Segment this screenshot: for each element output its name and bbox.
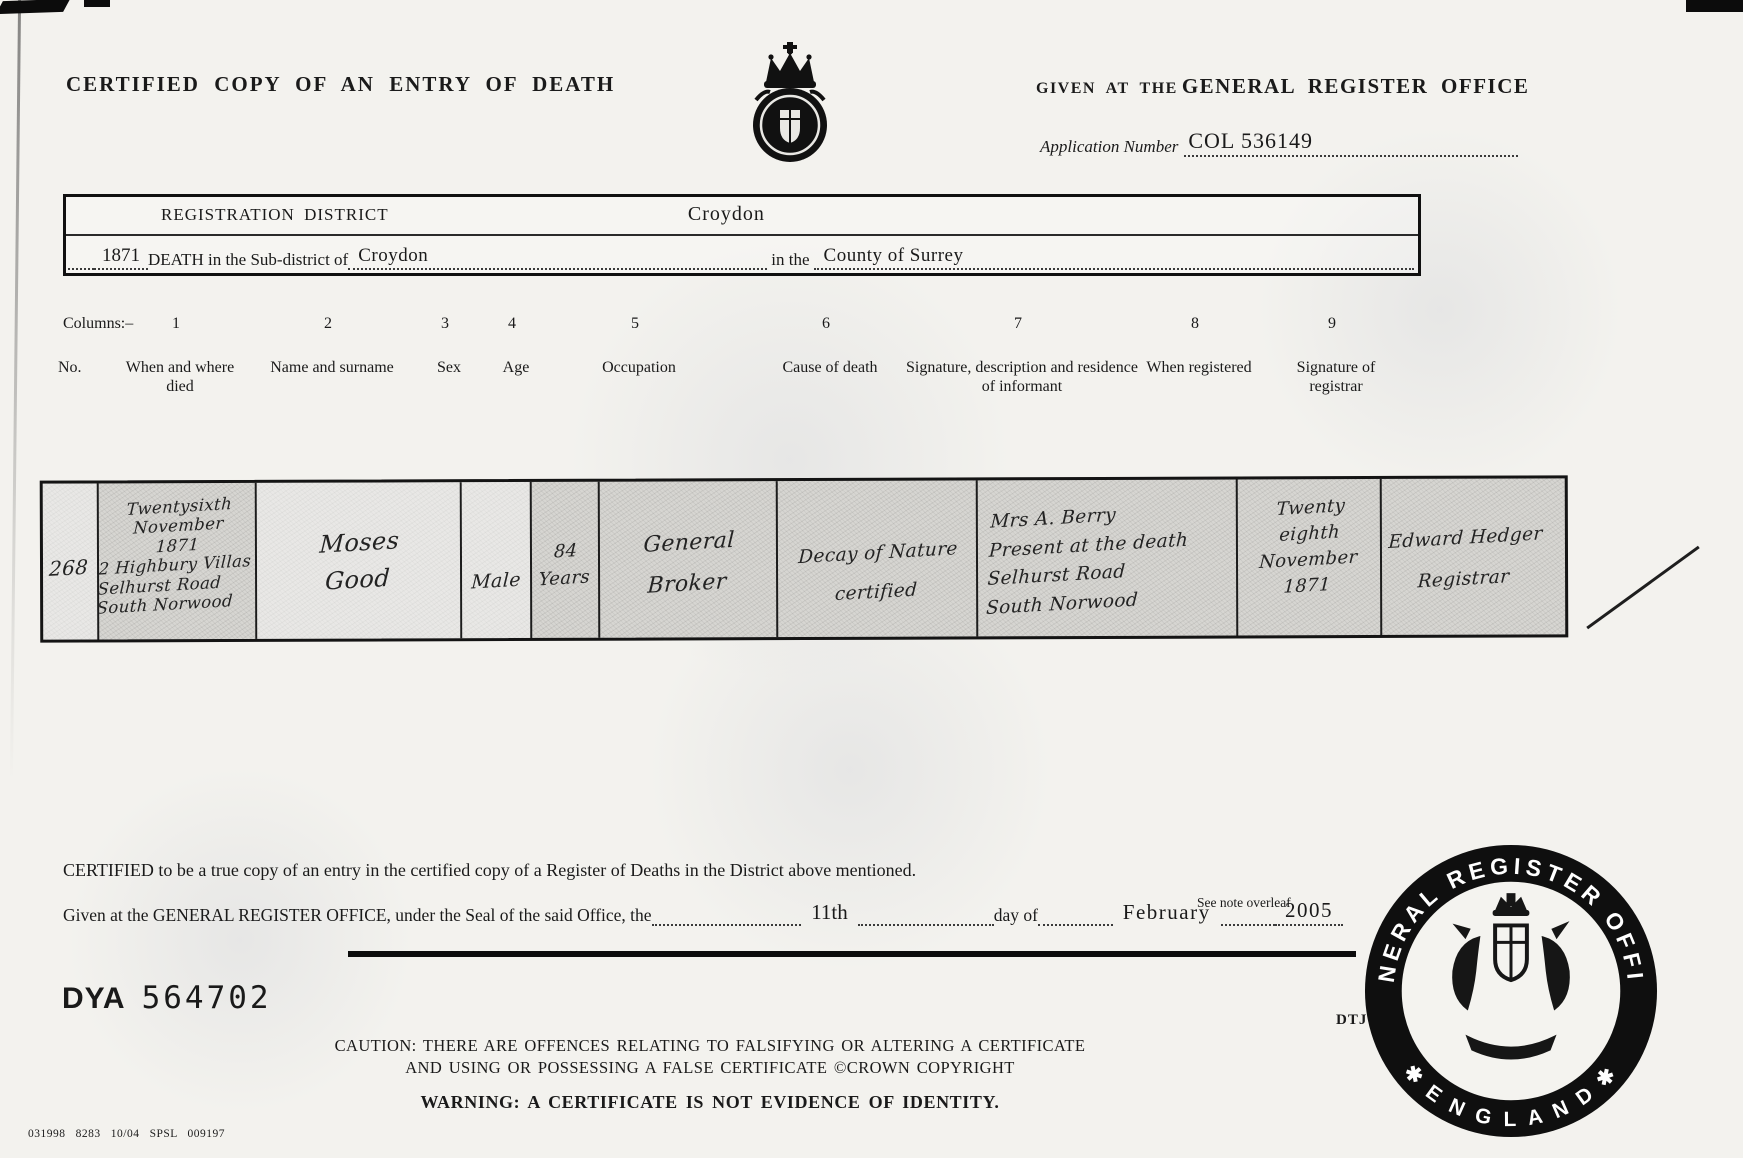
- certified-statement: CERTIFIED to be a true copy of an entry …: [63, 860, 916, 881]
- county-line: County of Surrey: [814, 245, 1414, 270]
- death-certificate-page: CERTIFIED COPY OF AN ENTRY OF DEATH GIVE…: [0, 0, 1743, 1158]
- column-number-6: 6: [822, 315, 830, 333]
- entry-age-cell: 84 Years: [532, 482, 601, 638]
- age-unit: Years: [532, 563, 598, 594]
- scan-smudge: [0, 0, 70, 14]
- column-header-name-surname: Name and surname: [232, 358, 432, 377]
- application-number-label: Application Number: [1040, 137, 1184, 157]
- age-value: 84: [532, 536, 599, 567]
- registration-district-box: REGISTRATION DISTRICT Croydon 1871 DEATH…: [63, 194, 1421, 276]
- registration-district-value: Croydon: [688, 203, 765, 226]
- column-header-sex: Sex: [419, 358, 479, 377]
- serial-number: 564702: [142, 980, 272, 1016]
- dotted-leader: [652, 898, 802, 926]
- entry-no: 268: [48, 554, 97, 581]
- application-number-line: COL 536149: [1184, 128, 1518, 157]
- column-number-9: 9: [1328, 315, 1336, 333]
- entry-no-cell: 268: [43, 483, 100, 639]
- serial-prefix: DYA: [62, 982, 126, 1016]
- caution-line-1: CAUTION: THERE ARE OFFENCES RELATING TO …: [240, 1035, 1180, 1057]
- scan-smudge: [84, 0, 110, 7]
- entry-sex-cell: Male: [462, 482, 533, 638]
- entry-cause-of-death-cell: Decay of Nature certified: [778, 480, 979, 637]
- column-header-age: Age: [486, 358, 546, 377]
- entry-informant-cell: Mrs A. Berry Present at the death Selhur…: [978, 479, 1239, 636]
- scan-edge: [10, 0, 21, 780]
- dotted-leader: [858, 898, 994, 926]
- issued-at-office: GENERAL REGISTER OFFICE: [1182, 74, 1530, 98]
- application-number-value: COL 536149: [1188, 128, 1313, 153]
- see-note-overleaf: See note overleaf: [1197, 895, 1291, 911]
- district-box-bottom-row: 1871 DEATH in the Sub-district of Croydo…: [66, 236, 1418, 273]
- royal-arms-icon: [744, 40, 836, 173]
- entry-year: 1871: [94, 245, 148, 270]
- column-number-7: 7: [1014, 315, 1022, 333]
- entry-registrar-signature-cell: Edward Hedger Registrar: [1382, 478, 1548, 635]
- watermark: [1250, 120, 1630, 500]
- gro-seal-icon: GENERAL REGISTER OFFICE ✱ E N G L A N D …: [1362, 842, 1660, 1145]
- warning-line: WARNING: A CERTIFICATE IS NOT EVIDENCE O…: [240, 1092, 1180, 1113]
- certificate-title: CERTIFIED COPY OF AN ENTRY OF DEATH: [66, 72, 615, 97]
- column-header-signature-registrar: Signature of registrar: [1276, 358, 1396, 396]
- column-header-informant: Signature, description and residence of …: [902, 358, 1142, 396]
- scan-smudge: [1686, 0, 1743, 12]
- column-number-2: 2: [324, 315, 332, 333]
- column-number-8: 8: [1191, 315, 1199, 333]
- in-the-label: in the: [767, 250, 813, 270]
- given-at-prefix: Given at the GENERAL REGISTER OFFICE, un…: [63, 905, 652, 926]
- registration-district-label: REGISTRATION DISTRICT: [161, 205, 389, 225]
- county-value: County of Surrey: [824, 245, 964, 266]
- caution-block: CAUTION: THERE ARE OFFENCES RELATING TO …: [240, 1035, 1180, 1113]
- seal-code: DTJ: [1336, 1012, 1367, 1029]
- district-box-top-row: REGISTRATION DISTRICT Croydon: [66, 197, 1418, 236]
- column-header-occupation: Occupation: [564, 358, 714, 377]
- occupation-line: Broker: [600, 559, 776, 610]
- given-at-row: Given at the GENERAL REGISTER OFFICE, un…: [63, 898, 1343, 926]
- column-number-4: 4: [508, 315, 516, 333]
- dotted-leader: [68, 236, 94, 270]
- issued-at-title: GIVEN AT THE GENERAL REGISTER OFFICE: [1036, 74, 1529, 99]
- register-entry-row: 268 Twentysixth November 1871 2 Highbury…: [40, 475, 1569, 642]
- column-header-no: No.: [58, 358, 128, 377]
- column-header-when-where-died: When and where died: [120, 358, 240, 396]
- subdistrict-prefix: DEATH in the Sub-district of: [148, 250, 348, 270]
- seal-day: 11th: [801, 900, 858, 926]
- column-number-1: 1: [172, 315, 180, 333]
- caution-line-2: AND USING OR POSSESSING A FALSE CERTIFIC…: [240, 1057, 1180, 1079]
- entry-occupation-cell: General Broker: [600, 481, 779, 638]
- sex-value: Male: [462, 568, 531, 594]
- column-header-when-registered: When registered: [1144, 358, 1254, 377]
- heavy-divider-rule: [348, 951, 1356, 957]
- print-code: 031998 8283 10/04 SPSL 009197: [28, 1128, 225, 1140]
- column-number-3: 3: [441, 315, 449, 333]
- subdistrict-value: Croydon: [358, 245, 428, 266]
- dotted-leader: [1038, 898, 1113, 926]
- issued-at-prefix: GIVEN AT THE: [1036, 80, 1178, 97]
- entry-when-where-died-cell: Twentysixth November 1871 2 Highbury Vil…: [99, 483, 258, 640]
- application-number-row: Application Number COL 536149: [1040, 128, 1518, 157]
- column-header-cause-of-death: Cause of death: [755, 358, 905, 377]
- column-number-5: 5: [631, 315, 639, 333]
- columns-label: Columns:–: [63, 315, 133, 333]
- day-of-label: day of: [994, 905, 1038, 926]
- subdistrict-line: Croydon: [348, 245, 767, 270]
- entry-closing-slash: [1586, 546, 1699, 630]
- certificate-serial: DYA 564702: [62, 980, 272, 1016]
- entry-when-registered-cell: Twenty eighth November 1871: [1238, 479, 1383, 636]
- entry-name-cell: Moses Good: [257, 482, 463, 639]
